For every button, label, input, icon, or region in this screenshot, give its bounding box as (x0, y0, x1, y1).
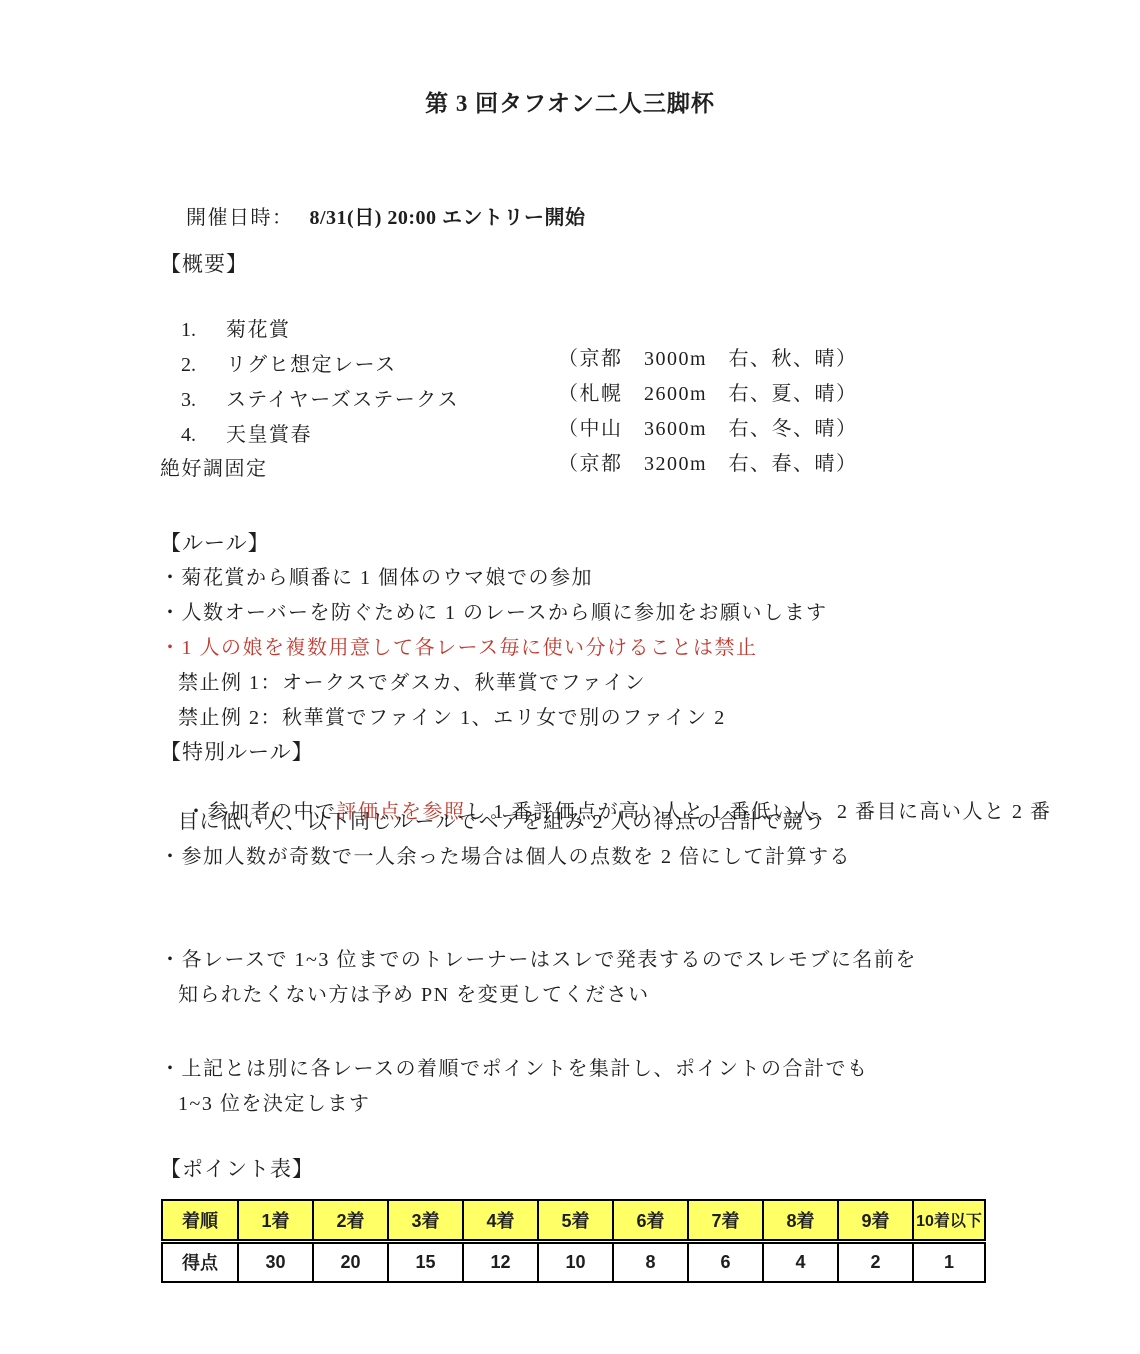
forbidden-example: 禁止例 1：オークスでダスカ、秋華賞でファイン (178, 671, 646, 696)
document-title: 第 3 回タフオン二人三脚杯 (0, 90, 1140, 119)
announcement-line: 1~3 位を決定します (178, 1092, 370, 1117)
race-details: （京都 3000m 右、秋、晴） (558, 342, 858, 371)
announcement-line: 知られたくない方は予め PN を変更してください (178, 983, 650, 1008)
pair-rule-line2: 目に低い人、以下同じルールでペアを組み 2 人の得点の合計で競う (178, 810, 826, 835)
odd-count-rule: ・参加人数が奇数で一人余った場合は個人の点数を 2 倍にして計算する (160, 845, 851, 870)
score-cell: 4 (763, 1241, 838, 1282)
rank-header-cell: 5着 (538, 1200, 613, 1241)
rank-header-cell: 10着以下 (913, 1200, 985, 1241)
overview-heading: 【概要】 (160, 251, 248, 277)
rank-header-cell: 2着 (313, 1200, 388, 1241)
forbidden-example: 禁止例 2：秋華賞でファイン 1、エリ女で別のファイン 2 (178, 706, 726, 731)
rank-label-cell: 着順 (162, 1200, 238, 1241)
rule-item: ・菊花賞から順番に 1 個体のウマ娘での参加 (160, 566, 593, 591)
points-table: 着順 1着 2着 3着 4着 5着 6着 7着 8着 9着 10着以下 得点 3… (161, 1199, 986, 1283)
rank-header-cell: 8着 (763, 1200, 838, 1241)
points-table-header-row: 着順 1着 2着 3着 4着 5着 6着 7着 8着 9着 10着以下 (162, 1200, 985, 1241)
rule-item-forbidden: ・1 人の娘を複数用意して各レース毎に使い分けることは禁止 (160, 636, 758, 661)
score-label-cell: 得点 (162, 1241, 238, 1282)
score-cell: 20 (313, 1241, 388, 1282)
special-rules-heading: 【特別ルール】 (160, 739, 314, 765)
rank-header-cell: 6着 (613, 1200, 688, 1241)
score-cell: 2 (838, 1241, 913, 1282)
schedule-label: 開催日時： (186, 207, 294, 229)
announcement-line: ・各レースで 1~3 位までのトレーナーはスレで発表するのでスレモブに名前を (160, 948, 917, 973)
rule-item: ・人数オーバーを防ぐために 1 のレースから順に参加をお願いします (160, 601, 828, 626)
rank-header-cell: 7着 (688, 1200, 763, 1241)
race-name: 天皇賞春 (226, 424, 312, 446)
schedule-value: 8/31(日) 20:00 エントリー開始 (310, 207, 586, 229)
condition-note: 絶好調固定 (160, 457, 268, 482)
rank-header-cell: 9着 (838, 1200, 913, 1241)
race-details: （中山 3600m 右、冬、晴） (558, 412, 858, 441)
rank-header-cell: 3着 (388, 1200, 463, 1241)
score-cell: 12 (463, 1241, 538, 1282)
score-cell: 30 (238, 1241, 313, 1282)
score-cell: 6 (688, 1241, 763, 1282)
score-cell: 8 (613, 1241, 688, 1282)
rank-header-cell: 4着 (463, 1200, 538, 1241)
schedule-line: 開催日時：8/31(日) 20:00 エントリー開始 (160, 181, 586, 256)
announcement-line: ・上記とは別に各レースの着順でポイントを集計し、ポイントの合計でも (160, 1057, 869, 1082)
score-cell: 15 (388, 1241, 463, 1282)
race-details: （京都 3200m 右、春、晴） (558, 447, 858, 476)
points-table-score-row: 得点 30 20 15 12 10 8 6 4 2 1 (162, 1241, 985, 1282)
race-number: 4. (181, 424, 226, 447)
document-page: 第 3 回タフオン二人三脚杯 開催日時：8/31(日) 20:00 エントリー開… (0, 0, 1140, 1354)
rank-header-cell: 1着 (238, 1200, 313, 1241)
score-cell: 10 (538, 1241, 613, 1282)
race-details: （札幌 2600m 右、夏、晴） (558, 377, 858, 406)
points-table-heading: 【ポイント表】 (160, 1156, 314, 1182)
score-cell: 1 (913, 1241, 985, 1282)
rules-heading: 【ルール】 (160, 530, 270, 556)
